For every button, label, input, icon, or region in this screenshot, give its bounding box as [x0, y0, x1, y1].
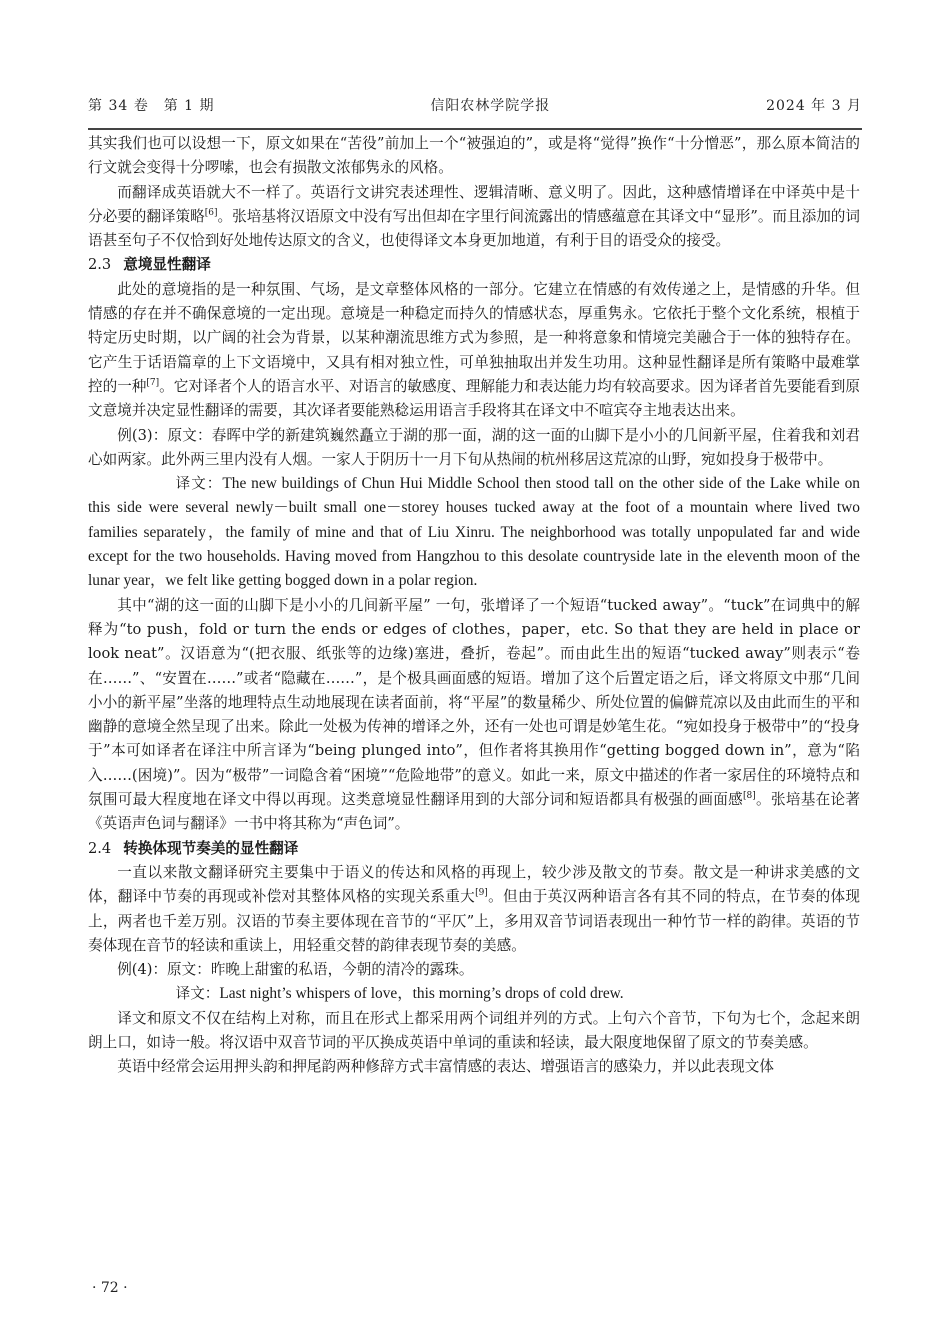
section-number: 2.4	[88, 840, 111, 857]
citation-ref: [9]	[475, 888, 488, 898]
citation-ref: [6]	[205, 208, 218, 218]
citation-ref: [7]	[146, 378, 159, 388]
translation-label: 译文：	[176, 985, 220, 1002]
paragraph: 英语中经常会运用押头韵和押尾韵两种修辞方式丰富情感的表达、增强语言的感染力，并以…	[88, 1055, 860, 1079]
english-text: Last night’s whispers of love，this morni…	[219, 985, 623, 1002]
translation-label: 译文：	[176, 475, 223, 492]
publication-date: 2024 年 3 月	[766, 95, 862, 115]
example-translation: 译文：The new buildings of Chun Hui Middle …	[88, 472, 860, 593]
volume-issue: 第 34 卷 第 1 期	[88, 95, 215, 115]
article-body: 其实我们也可以设想一下，原文如果在“苦役”前加上一个“被强迫的”，或是将“觉得”…	[88, 132, 860, 1080]
example-translation: 译文：Last night’s whispers of love，this mo…	[88, 982, 860, 1006]
header-rule	[88, 128, 862, 130]
paragraph: 一直以来散文翻译研究主要集中于语义的传达和风格的再现上，较少涉及散文的节奏。散文…	[88, 861, 860, 958]
text: 其中“湖的这一面的山脚下是小小的几间新平屋” 一句，张增译了一个短语“tucke…	[88, 597, 860, 808]
section-title: 转换体现节奏美的显性翻译	[123, 840, 298, 857]
paragraph: 其实我们也可以设想一下，原文如果在“苦役”前加上一个“被强迫的”，或是将“觉得”…	[88, 132, 860, 181]
page-number: · 72 ·	[92, 1280, 128, 1296]
paragraph: 此处的意境指的是一种氛围、气场，是文章整体风格的一部分。它建立在情感的有效传递之…	[88, 278, 860, 424]
journal-title: 信阳农林学院学报	[430, 95, 550, 115]
text: 。它对译者个人的语言水平、对语言的敏感度、理解能力和表达能力均有较高要求。因为译…	[88, 378, 860, 419]
example-original: 例(4)：原文：昨晚上甜蜜的私语，今朝的清冷的露珠。	[88, 958, 860, 982]
section-number: 2.3	[88, 256, 111, 273]
paragraph: 其中“湖的这一面的山脚下是小小的几间新平屋” 一句，张增译了一个短语“tucke…	[88, 594, 860, 837]
section-title: 意境显性翻译	[123, 256, 211, 273]
section-heading: 2.3意境显性翻译	[88, 253, 860, 277]
citation-ref: [8]	[743, 791, 756, 801]
english-text: The new buildings of Chun Hui Middle Sch…	[88, 475, 860, 589]
example-original: 例(3)：原文：春晖中学的新建筑巍然矗立于湖的那一面，湖的这一面的山脚下是小小的…	[88, 424, 860, 473]
paragraph: 译文和原文不仅在结构上对称，而且在形式上都采用两个词组并列的方式。上句六个音节，…	[88, 1007, 860, 1056]
running-header: 第 34 卷 第 1 期 信阳农林学院学报 2024 年 3 月	[88, 92, 862, 118]
paragraph: 而翻译成英语就大不一样了。英语行文讲究表述理性、逻辑清晰、意义明了。因此，这种感…	[88, 181, 860, 254]
section-heading: 2.4转换体现节奏美的显性翻译	[88, 837, 860, 861]
